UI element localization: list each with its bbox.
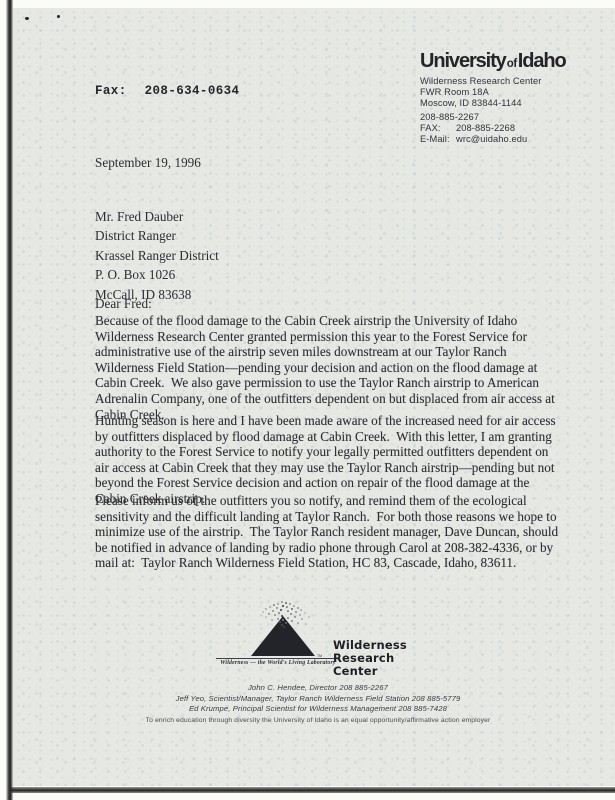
footer-contact-line: John C. Hendee, Director 208 885-2267 <box>53 683 583 694</box>
wordmark-of: of <box>507 58 517 70</box>
recipient-line: Krassel Ranger District <box>95 246 219 265</box>
scan-speck-icon <box>25 17 29 20</box>
scan-speck-icon <box>57 15 60 18</box>
fax-number: 208-634-0634 <box>145 84 240 98</box>
recipient-line: Mr. Fred Dauber <box>95 207 219 226</box>
footer-contacts: John C. Hendee, Director 208 885-2267 Je… <box>53 683 583 715</box>
wordmark-idaho: Idaho <box>518 50 566 72</box>
recipient-address-block: Mr. Fred Dauber District Ranger Krassel … <box>95 207 219 304</box>
letterhead: UniversityofIdaho Wilderness Research Ce… <box>420 50 566 145</box>
letter-date: September 19, 1996 <box>95 155 201 171</box>
wrc-logo-wordmark: Wilderness Research Center <box>333 639 407 678</box>
letterhead-phone: 208-885-2267 <box>420 112 566 123</box>
recipient-line: District Ranger <box>95 226 219 245</box>
letter-paragraph: Please inform us of the outfitters you s… <box>95 493 561 571</box>
wrc-wordmark-line: Center <box>333 665 407 678</box>
paper-sheet: Fax:208-634-0634 UniversityofIdaho Wilde… <box>13 8 615 786</box>
salutation: Dear Fred: <box>95 296 152 312</box>
university-of-idaho-wordmark: UniversityofIdaho <box>420 50 566 73</box>
scan-edge-bottom <box>10 787 615 793</box>
letterhead-email-label: E-Mail: <box>420 134 456 145</box>
letter-paragraph: Because of the flood damage to the Cabin… <box>95 313 561 422</box>
wordmark-university: University <box>420 50 506 72</box>
letterhead-email-row: E-Mail:wrc@uidaho.edu <box>420 134 566 145</box>
logo-tagline: Wilderness — the World's Living Laborato… <box>216 658 340 667</box>
fax-header-line: Fax:208-634-0634 <box>95 84 239 98</box>
letterhead-contacts: 208-885-2267 FAX:208-885-2268 E-Mail:wrc… <box>420 112 566 144</box>
fax-label: Fax: <box>95 84 127 98</box>
scan-edge-left <box>6 0 13 800</box>
letterhead-fax-row: FAX:208-885-2268 <box>420 123 566 134</box>
letterhead-room: FWR Room 18A <box>420 87 566 98</box>
letterhead-email: wrc@uidaho.edu <box>456 134 527 144</box>
eeo-statement: To enrich education through diversity th… <box>53 717 583 724</box>
recipient-line: P. O. Box 1026 <box>95 265 219 284</box>
scanned-letter-page: { "colors": { "paper": "#e5e8e3", "ink":… <box>0 0 615 800</box>
letterhead-fax-number: 208-885-2268 <box>456 123 515 133</box>
letterhead-address: Wilderness Research Center FWR Room 18A … <box>420 76 566 108</box>
mountain-logo-icon: TM <box>230 600 340 662</box>
footer-contact-line: Ed Krumpe, Principal Scientist for Wilde… <box>53 704 583 715</box>
letterhead-fax-label: FAX: <box>420 123 456 134</box>
letterhead-city-zip: Moscow, ID 83844-1144 <box>420 98 566 109</box>
letterhead-dept: Wilderness Research Center <box>420 76 566 87</box>
footer-contact-line: Jeff Yeo, Scientist/Manager, Taylor Ranc… <box>53 694 583 705</box>
